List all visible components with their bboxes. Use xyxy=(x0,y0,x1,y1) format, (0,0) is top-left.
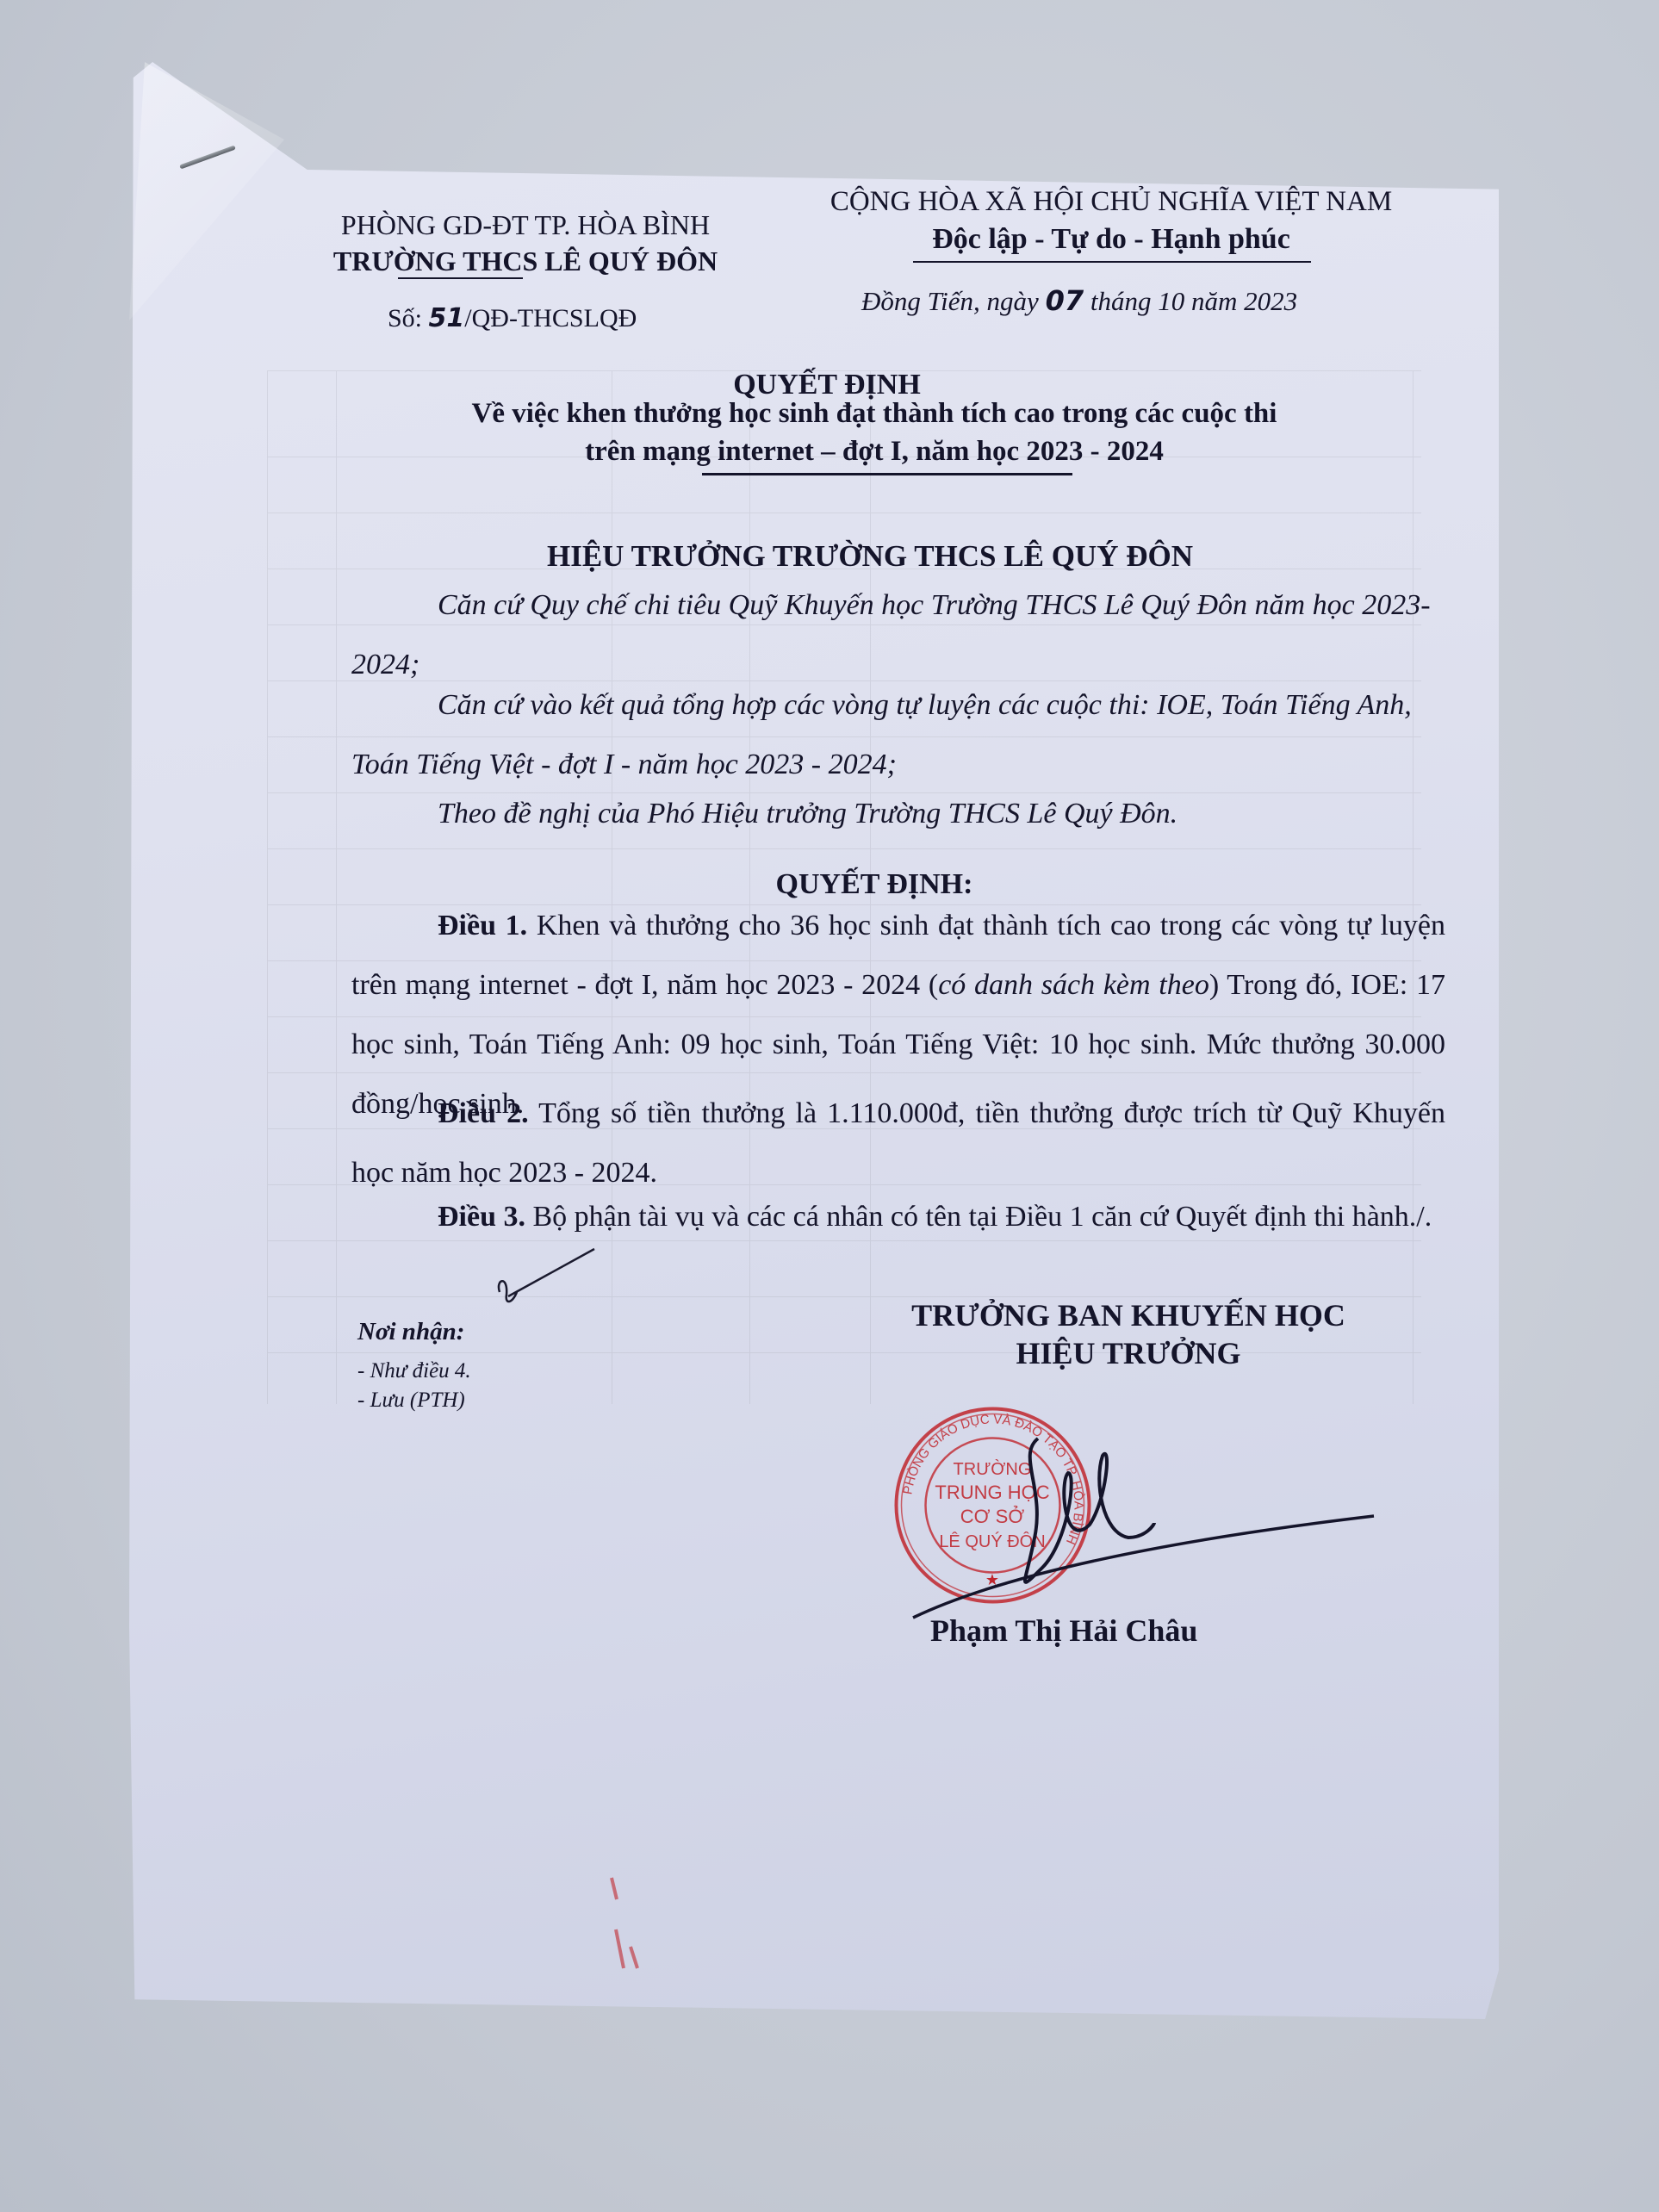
signer-name: Phạm Thị Hải Châu xyxy=(930,1612,1197,1649)
issuing-authority: PHÒNG GD-ĐT TP. HÒA BÌNH TRƯỜNG THCS LÊ … xyxy=(310,207,741,279)
subject-underline xyxy=(702,473,1072,475)
legal-basis-3: Theo đề nghị của Phó Hiệu trưởng Trường … xyxy=(351,784,1445,843)
department-name: PHÒNG GD-ĐT TP. HÒA BÌNH xyxy=(310,207,741,243)
signer-title: TRƯỞNG BAN KHUYẾN HỌC HIỆU TRƯỞNG xyxy=(844,1296,1413,1372)
article-3: Điều 3. Bộ phận tài vụ và các cá nhân có… xyxy=(351,1187,1445,1246)
handwritten-signature-icon xyxy=(896,1421,1378,1628)
red-ink-marks xyxy=(586,1869,655,1973)
issuer-heading: HIỆU TRƯỞNG TRƯỜNG THCS LÊ QUÝ ĐÔN xyxy=(353,539,1387,574)
recipient-item: - Như điều 4. xyxy=(357,1359,471,1383)
motto-underline xyxy=(913,261,1311,263)
initial-mark-icon xyxy=(482,1245,603,1314)
article-2: Điều 2. Tổng số tiền thưởng là 1.110.000… xyxy=(351,1084,1445,1202)
recipients-label: Nơi nhận: xyxy=(357,1318,464,1346)
school-underline xyxy=(398,277,523,279)
recipient-item: - Lưu (PTH) xyxy=(357,1389,465,1413)
handwritten-number: 51 xyxy=(429,303,465,333)
handwritten-day: 07 xyxy=(1046,284,1084,317)
legal-basis-2: Căn cứ vào kết quả tổng hợp các vòng tự … xyxy=(351,675,1445,794)
subject-line-1: Về việc khen thưởng học sinh đạt thành t… xyxy=(379,398,1370,430)
national-header: CỘNG HÒA XÃ HỘI CHỦ NGHĨA VIỆT NAM Độc l… xyxy=(801,183,1421,258)
country-name: CỘNG HÒA XÃ HỘI CHỦ NGHĨA VIỆT NAM xyxy=(801,183,1421,221)
document-number: Số: 51/QĐ-THCSLQĐ xyxy=(388,303,637,333)
school-name: TRƯỜNG THCS LÊ QUÝ ĐÔN xyxy=(310,243,741,279)
place-date: Đồng Tiến, ngày 07 tháng 10 năm 2023 xyxy=(861,284,1297,317)
national-motto: Độc lập - Tự do - Hạnh phúc xyxy=(801,221,1421,258)
document-title: QUYẾT ĐỊNH xyxy=(353,369,1301,401)
subject-line-2: trên mạng internet – đợt I, năm học 2023… xyxy=(379,436,1370,468)
